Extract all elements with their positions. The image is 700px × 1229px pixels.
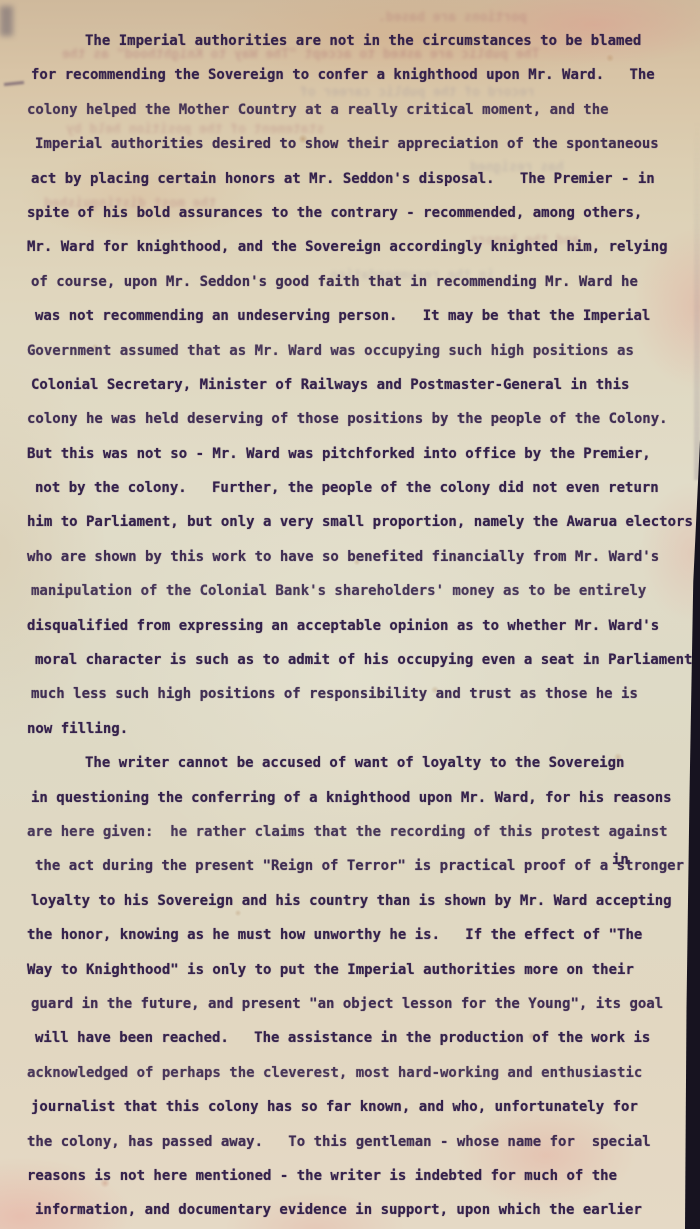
inserted-word: in bbox=[612, 852, 629, 868]
text-line: the honor, knowing as he must how unwort… bbox=[27, 918, 700, 952]
text-line: will have been reached. The assistance i… bbox=[35, 1021, 700, 1055]
text-line: Government assumed that as Mr. Ward was … bbox=[27, 334, 700, 368]
text-line: But this was not so - Mr. Ward was pitch… bbox=[27, 437, 700, 471]
text-line: reasons is not here mentioned - the writ… bbox=[27, 1159, 700, 1193]
text-line: now filling. bbox=[27, 712, 700, 746]
text-line: The writer cannot be accused of want of … bbox=[85, 746, 700, 780]
document-body: The Imperial authorities are not in the … bbox=[0, 24, 700, 1228]
text-line: the colony, has passed away. To this gen… bbox=[27, 1125, 700, 1159]
text-line: guard in the future, and present "an obj… bbox=[31, 987, 700, 1021]
text-line: Colonial Secretary, Minister of Railways… bbox=[31, 368, 700, 402]
text-line: was not recommending an undeserving pers… bbox=[35, 299, 700, 333]
text-line: are here given: he rather claims that th… bbox=[27, 815, 700, 849]
text-line: disqualified from expressing an acceptab… bbox=[27, 609, 700, 643]
text-line: him to Parliament, but only a very small… bbox=[27, 505, 700, 539]
text-line: moral character is such as to admit of h… bbox=[35, 643, 700, 677]
text-line: spite of his bold assurances to the cont… bbox=[27, 196, 700, 230]
bleedthrough-line: portions are based. bbox=[378, 10, 527, 25]
text-line: colony helped the Mother Country at a re… bbox=[27, 93, 700, 127]
paragraph-2: The writer cannot be accused of want of … bbox=[0, 746, 700, 1227]
text-line: manipulation of the Colonial Bank's shar… bbox=[31, 574, 700, 608]
text-line: loyalty to his Sovereign and his country… bbox=[31, 884, 700, 918]
text-line: in questioning the conferring of a knigh… bbox=[31, 781, 700, 815]
text-line: who are shown by this work to have so be… bbox=[27, 540, 700, 574]
text-line: act by placing certain honors at Mr. Sed… bbox=[31, 162, 700, 196]
text-line: information, and documentary evidence in… bbox=[35, 1193, 700, 1227]
text-line: Mr. Ward for knighthood, and the Soverei… bbox=[27, 230, 700, 264]
text-line: much less such high positions of respons… bbox=[31, 677, 700, 711]
text-line: for recommending the Sovereign to confer… bbox=[31, 58, 700, 92]
text-line: of course, upon Mr. Seddon's good faith … bbox=[31, 265, 700, 299]
text-line: Way to Knighthood" is only to put the Im… bbox=[27, 953, 700, 987]
text-line: not by the colony. Further, the people o… bbox=[35, 471, 700, 505]
text-line: the act during the present "Reign of Ter… bbox=[35, 849, 700, 883]
text-line: colony he was held deserving of those po… bbox=[27, 402, 700, 436]
text-line: The Imperial authorities are not in the … bbox=[85, 24, 700, 58]
text-line: journalist that this colony has so far k… bbox=[31, 1090, 700, 1124]
paragraph-1: The Imperial authorities are not in the … bbox=[0, 24, 700, 746]
document-page: portions are based. The public are asked… bbox=[0, 0, 700, 1229]
text-line: Imperial authorities desired to show the… bbox=[35, 127, 700, 161]
text-line: acknowledged of perhaps the cleverest, m… bbox=[27, 1056, 700, 1090]
